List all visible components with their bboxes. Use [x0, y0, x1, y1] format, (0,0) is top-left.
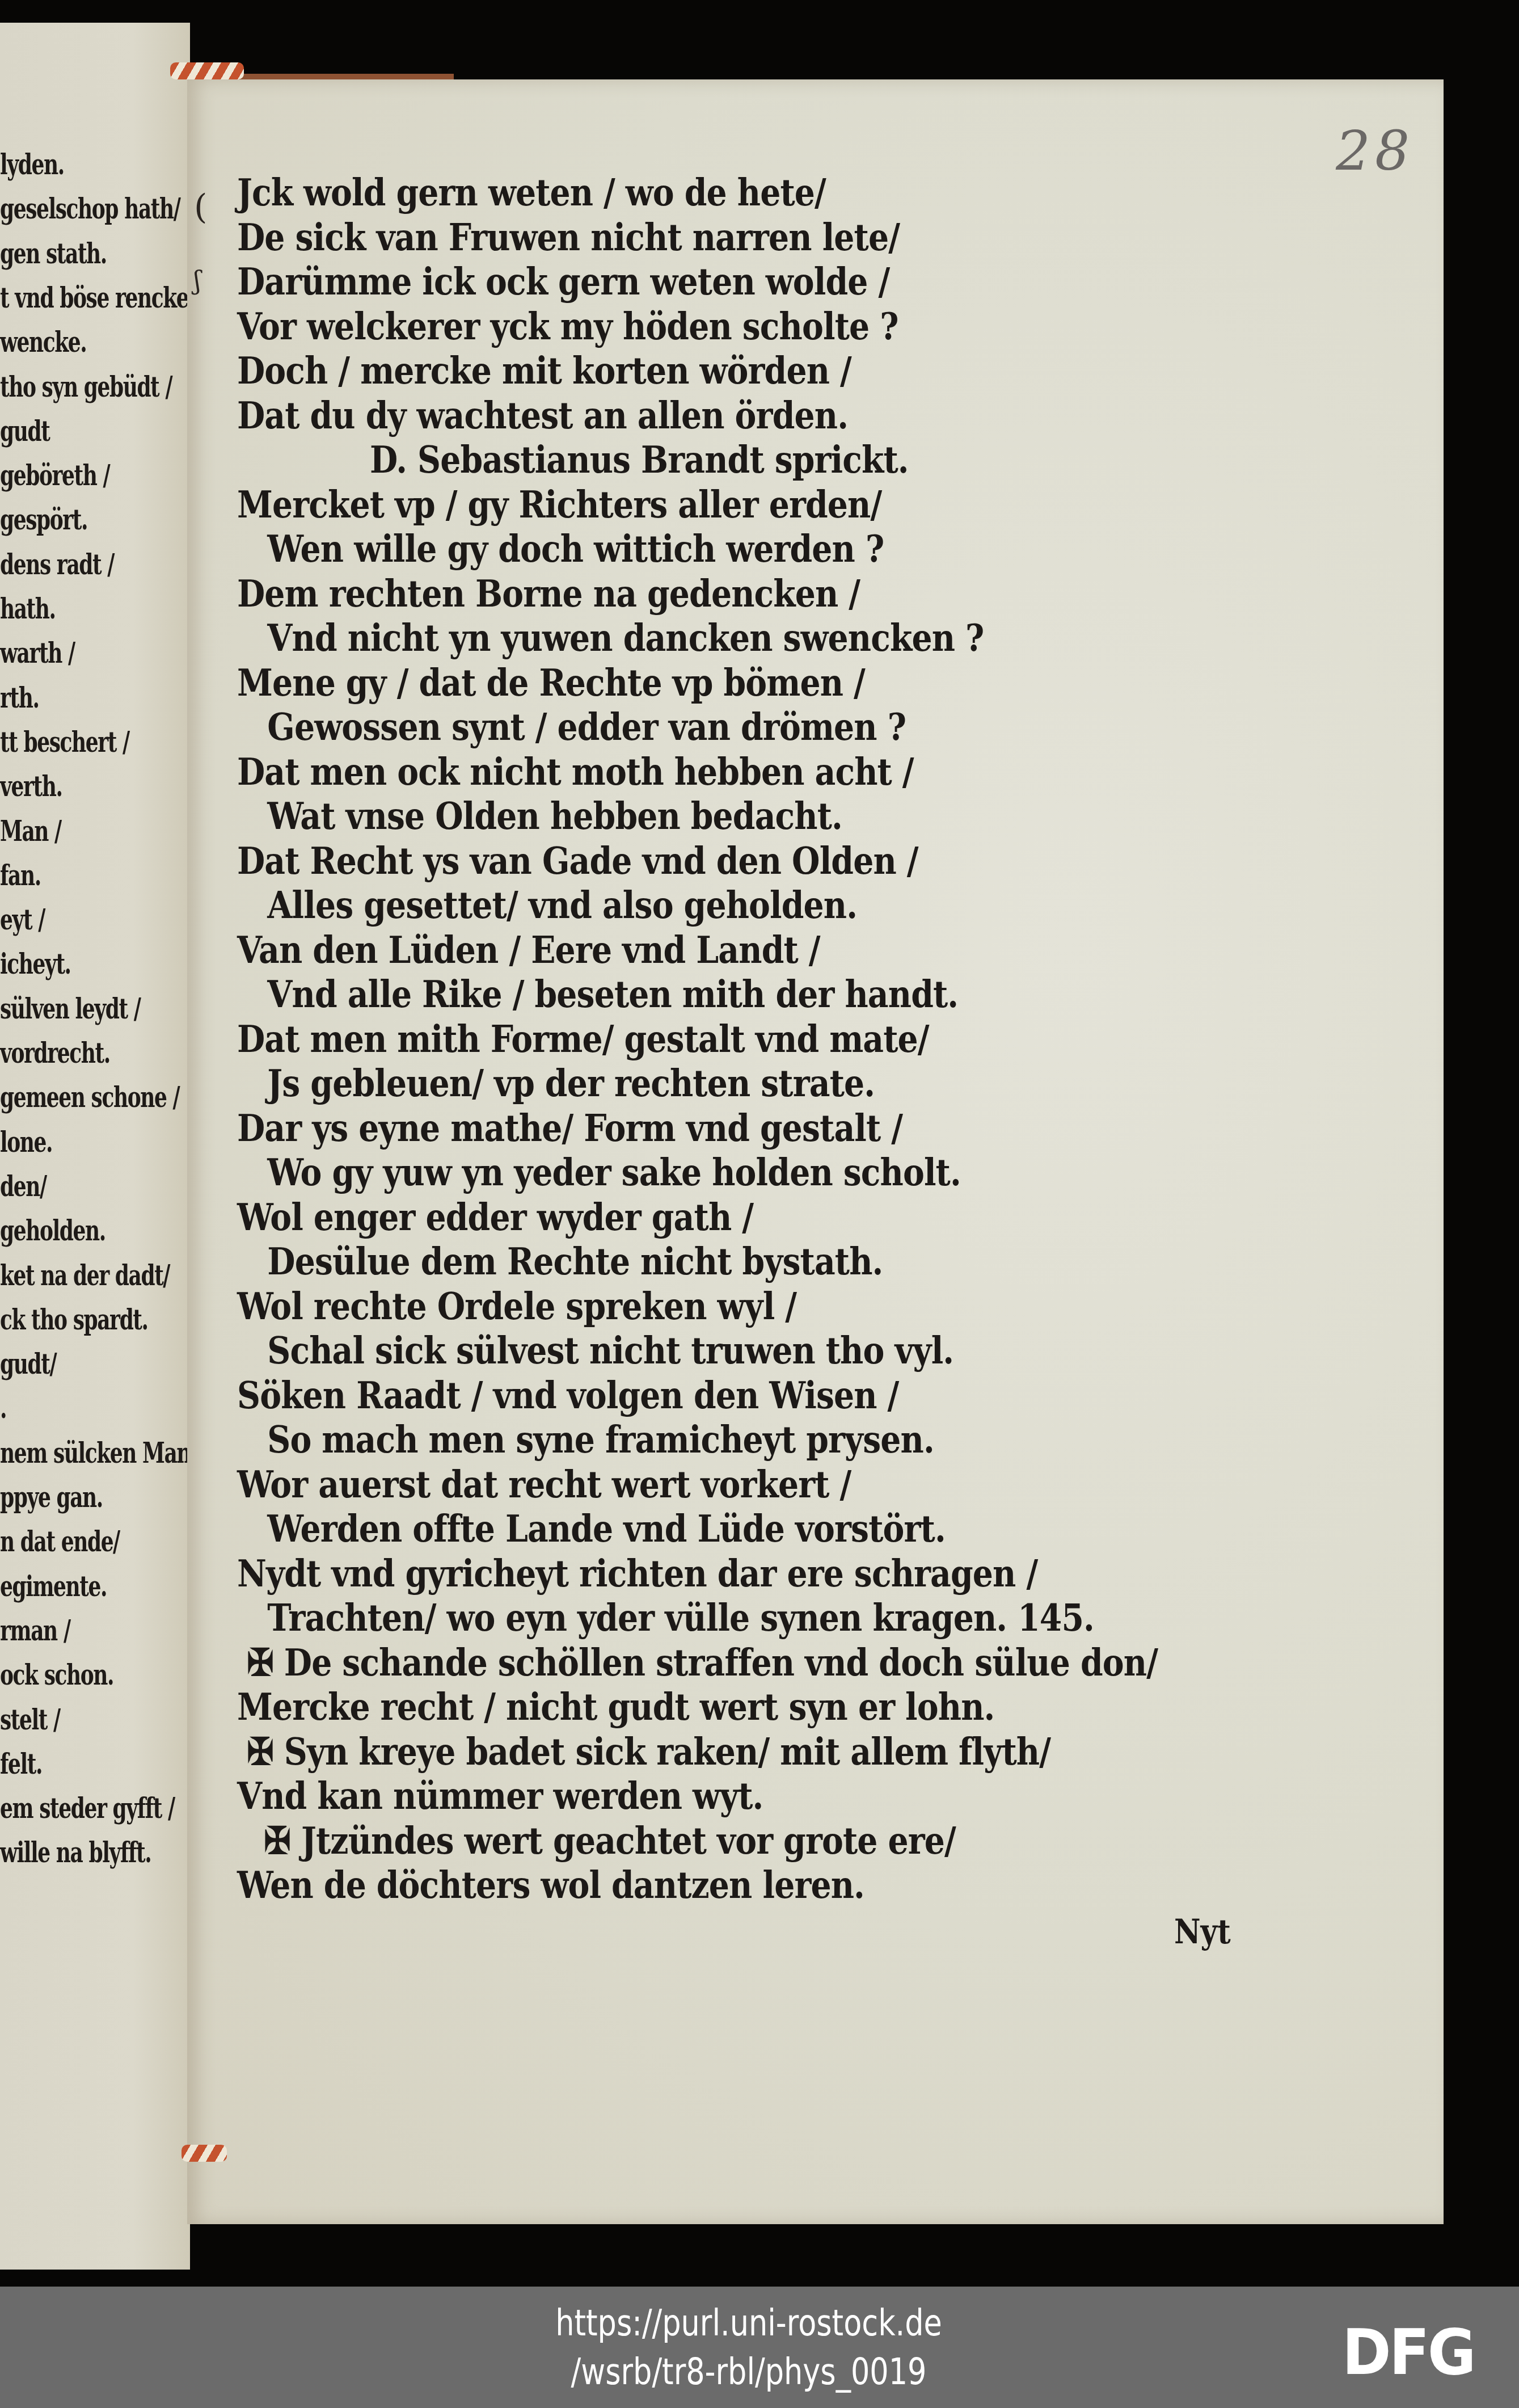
permalink-line-1[interactable]: https://purl.uni-rostock.de — [423, 2299, 1074, 2348]
left-page-line-fragment: n dat ende/ — [0, 1525, 120, 1558]
verse-line: Mercket vp / gy Richters aller erden/ — [237, 482, 881, 527]
margin-bracket-mark: ʃ — [194, 267, 201, 296]
left-page-line-fragment: em steder gyfft / — [0, 1791, 175, 1825]
verse-line: Nydt vnd gyricheyt richten dar ere schra… — [237, 1551, 1037, 1595]
left-page-line-fragment: geböreth / — [0, 458, 109, 492]
verse-line: Dat Recht ys van Gade vnd den Olden / — [237, 839, 918, 883]
verse-line: Wol enger edder wyder gath / — [237, 1195, 753, 1239]
left-page-line-fragment: gen stath. — [0, 237, 107, 270]
verse-line: Gewossen synt / edder van drömen ? — [237, 705, 906, 749]
verse-line: Trachten/ wo eyn yder vülle synen kragen… — [237, 1595, 1094, 1640]
verse-line: ✠ Syn kreye badet sick raken/ mit allem … — [237, 1729, 1050, 1774]
left-page-line-fragment: hath. — [0, 592, 56, 625]
permalink-line-2[interactable]: /wsrb/tr8-rbl/phys_0019 — [423, 2348, 1074, 2397]
left-page-line-fragment: verth. — [0, 769, 62, 803]
verse-line: Dat du dy wachtest an allen örden. — [237, 393, 848, 437]
dfg-logo: DFG — [1342, 2316, 1474, 2389]
left-page-line-fragment: den/ — [0, 1169, 47, 1203]
left-page-line-fragment: geselschop hath/ — [0, 192, 180, 225]
catchword: Nyt — [1174, 1912, 1231, 1952]
left-page-line-fragment: rth. — [0, 681, 39, 714]
margin-bracket-mark: ( — [194, 187, 207, 227]
left-page-line-fragment: gudt/ — [0, 1347, 56, 1380]
verse-line: Wor auerst dat recht wert vorkert / — [237, 1462, 851, 1506]
left-page-line-fragment: lyden. — [0, 148, 64, 181]
verse-line: Van den Lüden / Eere vnd Landt / — [237, 928, 820, 972]
headband-bottom — [182, 2145, 227, 2162]
verse-line: Wen wille gy doch wittich werden ? — [237, 527, 884, 571]
verse-line: Schal sick sülvest nicht truwen tho vyl. — [237, 1328, 953, 1373]
left-page-line-fragment: gespört. — [0, 503, 87, 536]
left-page-line-fragment: ock schon. — [0, 1658, 113, 1691]
left-page-line-fragment: dens radt / — [0, 548, 114, 581]
verse-line: Wo gy yuw yn yeder sake holden scholt. — [237, 1150, 961, 1194]
verse-line: Dat men mith Forme/ gestalt vnd mate/ — [237, 1017, 929, 1061]
verse-line: Vnd nicht yn yuwen dancken swencken ? — [237, 616, 984, 660]
headband-top — [170, 62, 244, 79]
left-page-line-fragment: wencke. — [0, 325, 86, 359]
verse-line: Vnd alle Rike / beseten mith der handt. — [237, 972, 958, 1016]
verse-line: Dem rechten Borne na gedencken / — [237, 571, 860, 616]
left-page-line-fragment: . — [0, 1391, 6, 1425]
verse-line: ✠ Jtzündes wert geachtet vor grote ere/ — [237, 1818, 956, 1863]
left-page-line-fragment: stelt / — [0, 1703, 60, 1736]
left-page-line-fragment: sülven leydt / — [0, 992, 140, 1025]
left-page-line-fragment: eyt / — [0, 903, 45, 936]
verse-line: Jck wold gern weten / wo de hete/ — [237, 170, 826, 214]
verse-line: Wat vnse Olden hebben bedacht. — [237, 794, 842, 838]
scan-image: lyden.geselschop hath/gen stath.t vnd bö… — [0, 0, 1519, 2287]
verse-line: Dar ys eyne mathe/ Form vnd gestalt / — [237, 1106, 902, 1150]
verse-line: Söken Raadt / vnd volgen den Wisen / — [237, 1373, 898, 1417]
left-page-line-fragment: fan. — [0, 858, 41, 892]
left-page-line-fragment: felt. — [0, 1747, 42, 1780]
left-page-line-fragment: egimente. — [0, 1569, 107, 1603]
left-page-line-fragment: vordrecht. — [0, 1036, 110, 1070]
left-page-line-fragment: Man / — [0, 814, 61, 848]
left-page-line-fragment: t vnd böse rencke. — [0, 281, 190, 314]
verse-line: Vor welckerer yck my höden scholte ? — [237, 304, 898, 348]
left-page-line-fragment: ck tho spardt. — [0, 1303, 148, 1336]
left-page-line-fragment: wille na blyfft. — [0, 1836, 151, 1869]
verse-line: So mach men syne framicheyt prysen. — [237, 1417, 934, 1462]
verse-line: ✠ De schande schöllen straffen vnd doch … — [237, 1640, 1158, 1685]
verse-heading: D. Sebastianus Brandt sprickt. — [237, 437, 909, 482]
verse-line: De sick van Fruwen nicht narren lete/ — [237, 215, 900, 259]
left-page-line-fragment: lone. — [0, 1125, 52, 1159]
left-page-fragment: lyden.geselschop hath/gen stath.t vnd bö… — [0, 23, 190, 2270]
verse-line: Werden offte Lande vnd Lüde vorstört. — [237, 1506, 946, 1551]
left-page-line-fragment: icheyt. — [0, 947, 71, 980]
left-page-line-fragment: rman / — [0, 1614, 70, 1647]
verse-line: Mene gy / dat de Rechte vp bömen / — [237, 660, 865, 705]
left-page-line-fragment: tt beschert / — [0, 725, 129, 759]
left-page-line-fragment: warth / — [0, 636, 75, 670]
left-page-line-fragment: gudt — [0, 414, 49, 448]
verse-line: Vnd kan nümmer werden wyt. — [237, 1774, 763, 1818]
left-page-line-fragment: ppye gan. — [0, 1480, 103, 1514]
left-page-line-fragment: gemeen schone / — [0, 1080, 179, 1114]
permalink[interactable]: https://purl.uni-rostock.de /wsrb/tr8-rb… — [423, 2299, 1074, 2397]
left-page-line-fragment: geholden. — [0, 1214, 106, 1247]
verse-line: Dat men ock nicht moth hebben acht / — [237, 750, 914, 794]
left-page-line-fragment: ket na der dadt/ — [0, 1258, 170, 1292]
verse-line: Js gebleuen/ vp der rechten strate. — [237, 1061, 875, 1105]
verse-line: Desülue dem Rechte nicht bystath. — [237, 1239, 883, 1283]
verse-line: Alles gesettet/ vnd also geholden. — [237, 883, 857, 927]
verse-line: Doch / mercke mit korten wörden / — [237, 348, 851, 393]
verse-line: Mercke recht / nicht gudt wert syn er lo… — [237, 1685, 995, 1729]
verse-line: Wen de döchters wol dantzen leren. — [237, 1863, 864, 1907]
left-page-line-fragment: nem sülcken Mann / — [0, 1436, 190, 1470]
footer-bar: https://purl.uni-rostock.de /wsrb/tr8-rb… — [0, 2287, 1519, 2408]
verse-line: Wol rechte Ordele spreken wyl / — [237, 1284, 796, 1328]
folio-number: 28 — [1336, 119, 1414, 183]
left-page-line-fragment: tho syn gebüdt / — [0, 370, 172, 403]
verse-line: Darümme ick ock gern weten wolde / — [237, 259, 889, 304]
